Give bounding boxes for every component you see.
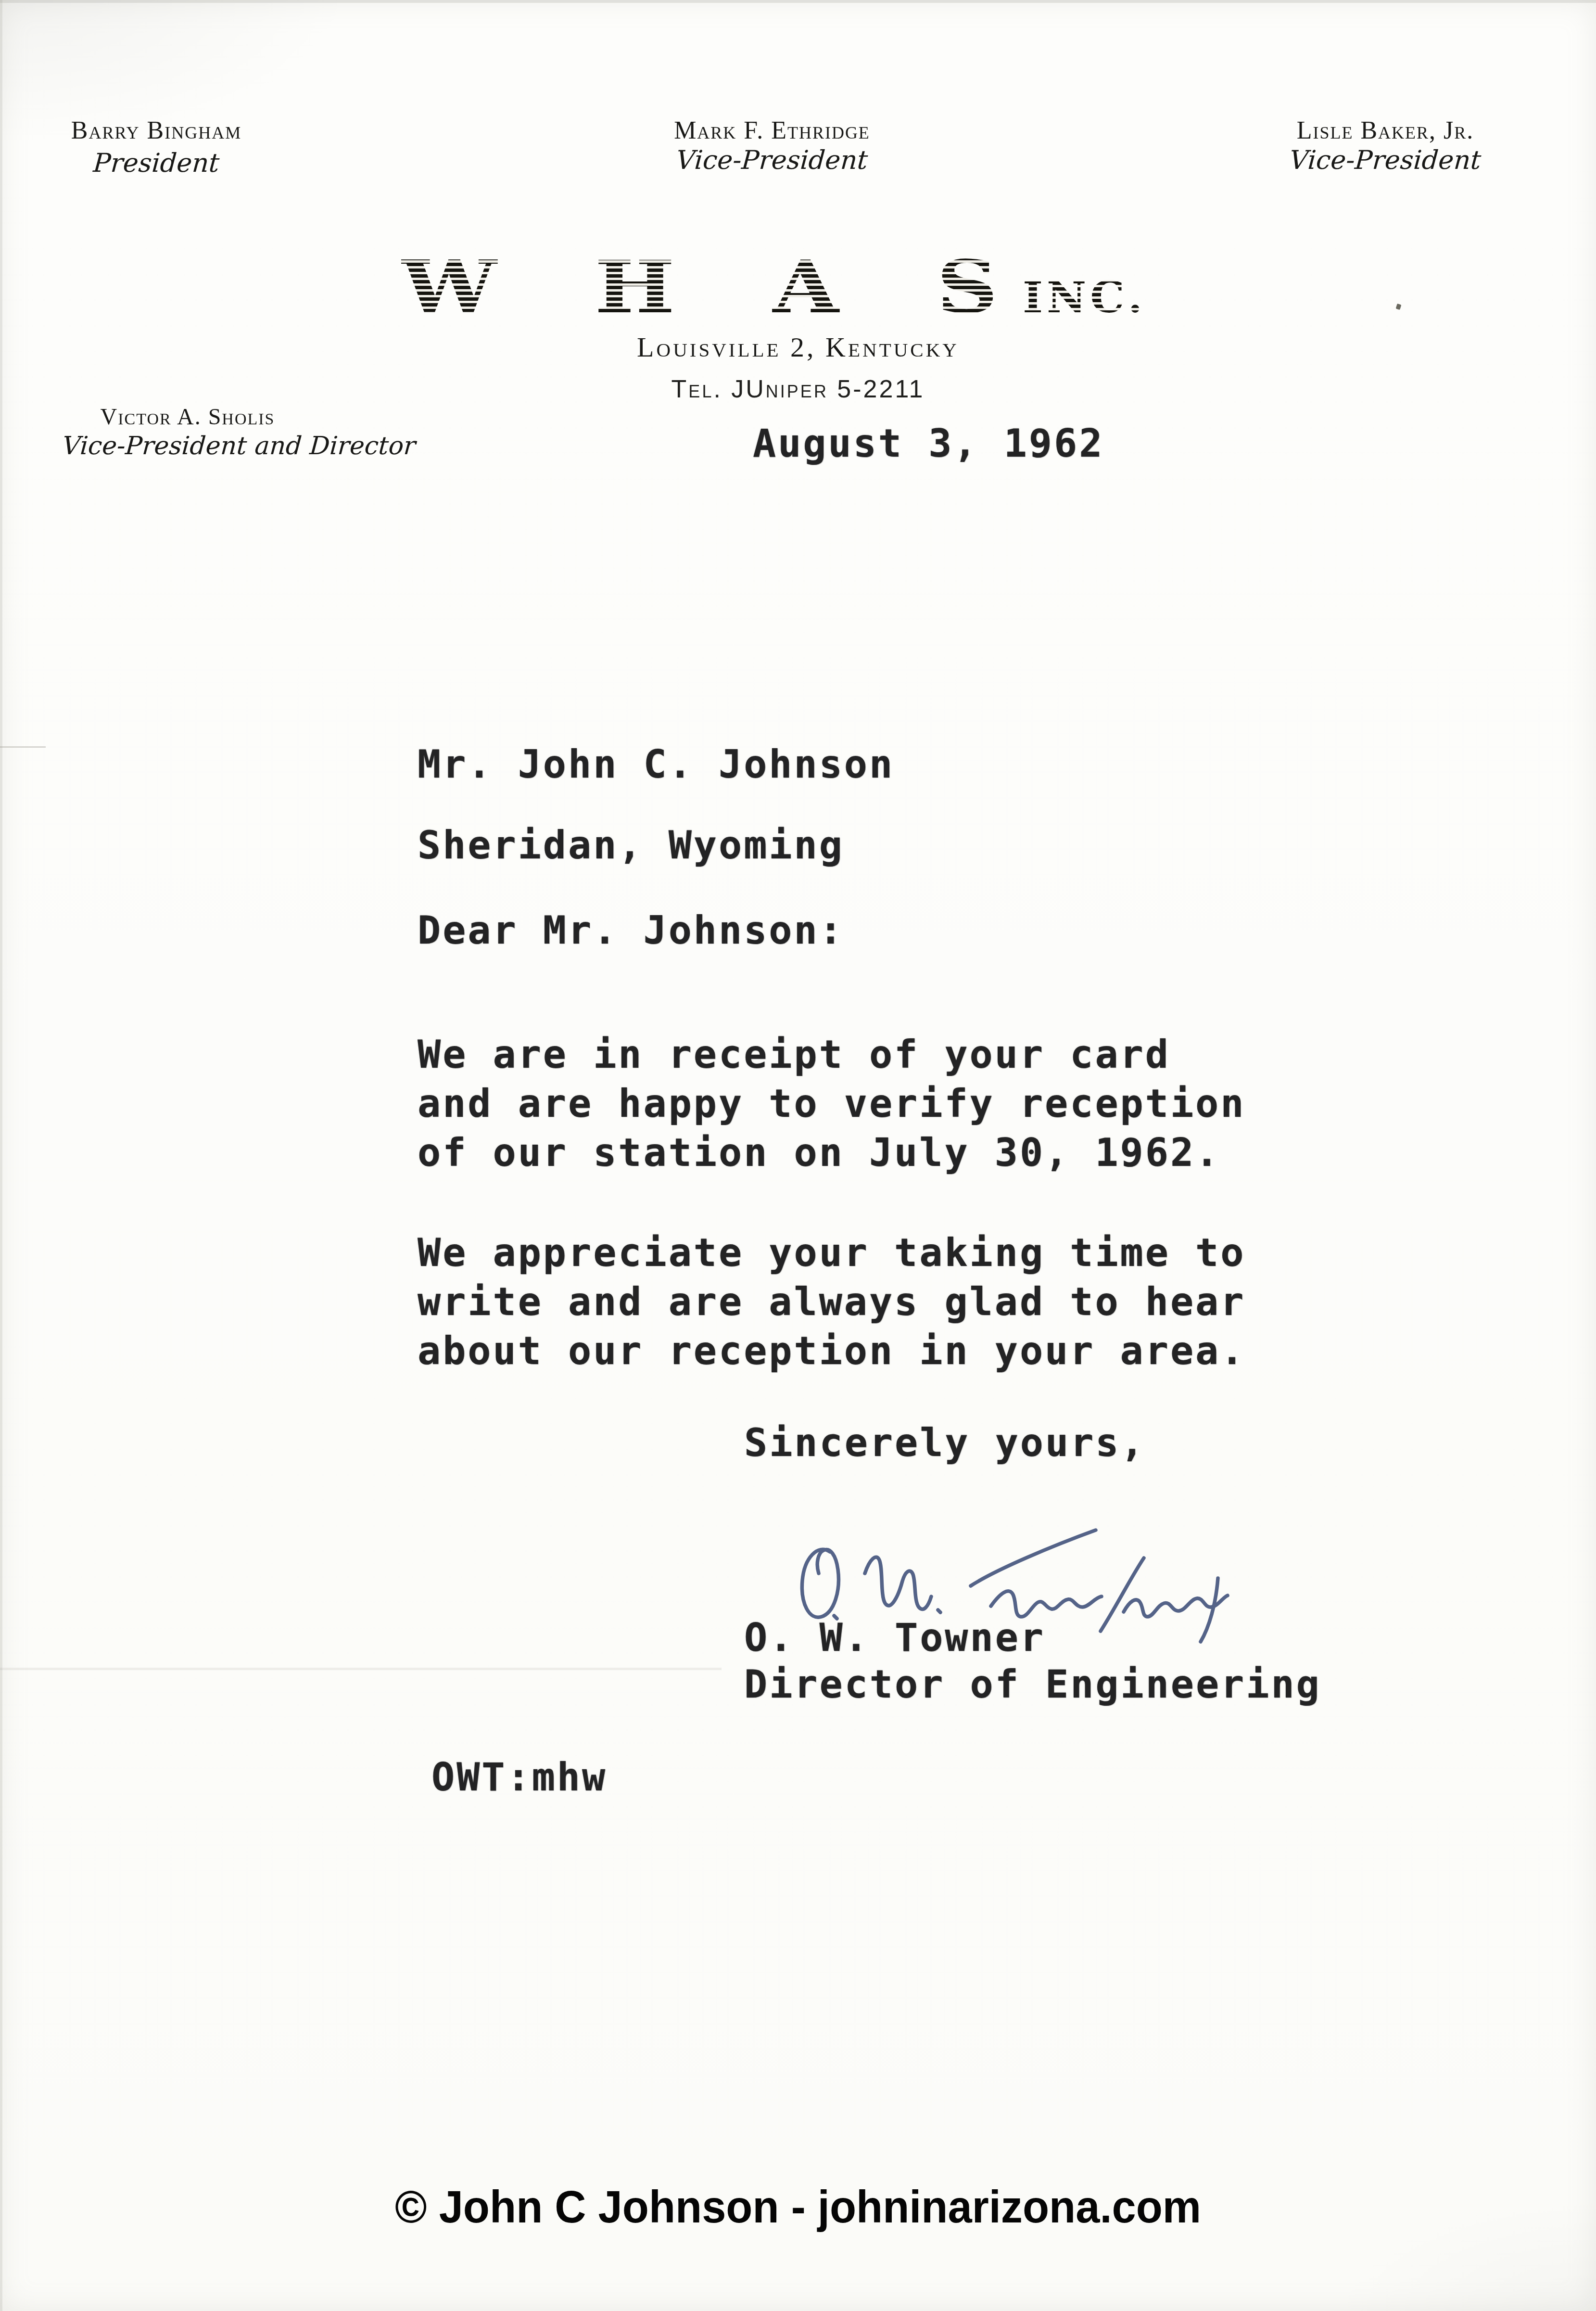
officer-title: Vice-President: [651, 147, 893, 173]
paragraph-line: We appreciate your taking time to: [418, 1228, 1245, 1277]
officer-block-vp-right: Lisle Baker, Jr. Vice-President: [1275, 118, 1496, 173]
salutation: Dear Mr. Johnson:: [418, 911, 844, 950]
signer-name: O. W. Towner: [744, 1619, 1045, 1657]
recipient-city: Sheridan, Wyoming: [418, 826, 844, 865]
paragraph-line: about our reception in your area.: [418, 1327, 1245, 1376]
officer-block-vp-director: Victor A. Sholis Vice-President and Dire…: [63, 406, 313, 459]
scan-fold-line: [0, 746, 46, 748]
letter-date: August 3, 1962: [753, 424, 1104, 463]
recipient-name: Mr. John C. Johnson: [418, 745, 894, 784]
officer-block-president: Barry Bingham President: [53, 118, 260, 176]
company-logo-suffix: Inc.: [1023, 276, 1147, 319]
officer-name: Barry Bingham: [53, 118, 260, 143]
letterhead-phone: Tel. JUniper 5-2211: [0, 377, 1596, 402]
paragraph-2: We appreciate your taking time to write …: [418, 1228, 1245, 1376]
officer-block-vp-center: Mark F. Ethridge Vice-President: [652, 118, 892, 173]
officer-name: Lisle Baker, Jr.: [1275, 118, 1496, 143]
copyright-text: © John C Johnson - johninarizona.com: [395, 2184, 1201, 2230]
officer-name: Mark F. Ethridge: [652, 118, 892, 143]
paragraph-line: write and are always glad to hear: [418, 1277, 1245, 1327]
copyright-footer: © John C Johnson - johninarizona.com: [0, 2184, 1596, 2230]
officer-name: Victor A. Sholis: [63, 406, 313, 429]
officer-title: Vice-President and Director: [62, 434, 314, 459]
signer-title: Director of Engineering: [744, 1665, 1321, 1704]
letterhead-address: Louisville 2, Kentucky: [0, 333, 1596, 361]
company-logo: W H A S Inc.: [0, 251, 1596, 323]
paragraph-1: We are in receipt of your card and are h…: [418, 1030, 1245, 1177]
scan-edge-top: [0, 0, 1596, 3]
company-logo-letters: W H A S: [401, 251, 1032, 323]
reference-initials: OWT:mhw: [431, 1758, 607, 1797]
scan-streak: [0, 1668, 722, 1670]
paragraph-line: of our station on July 30, 1962.: [418, 1128, 1245, 1177]
closing: Sincerely yours,: [744, 1424, 1146, 1462]
officer-title: Vice-President: [1274, 147, 1497, 173]
officer-title: President: [52, 150, 261, 176]
paragraph-line: and are happy to verify reception: [418, 1079, 1245, 1128]
paragraph-line: We are in receipt of your card: [418, 1030, 1245, 1079]
letter-scan-page: Barry Bingham President Mark F. Ethridge…: [0, 0, 1596, 2311]
